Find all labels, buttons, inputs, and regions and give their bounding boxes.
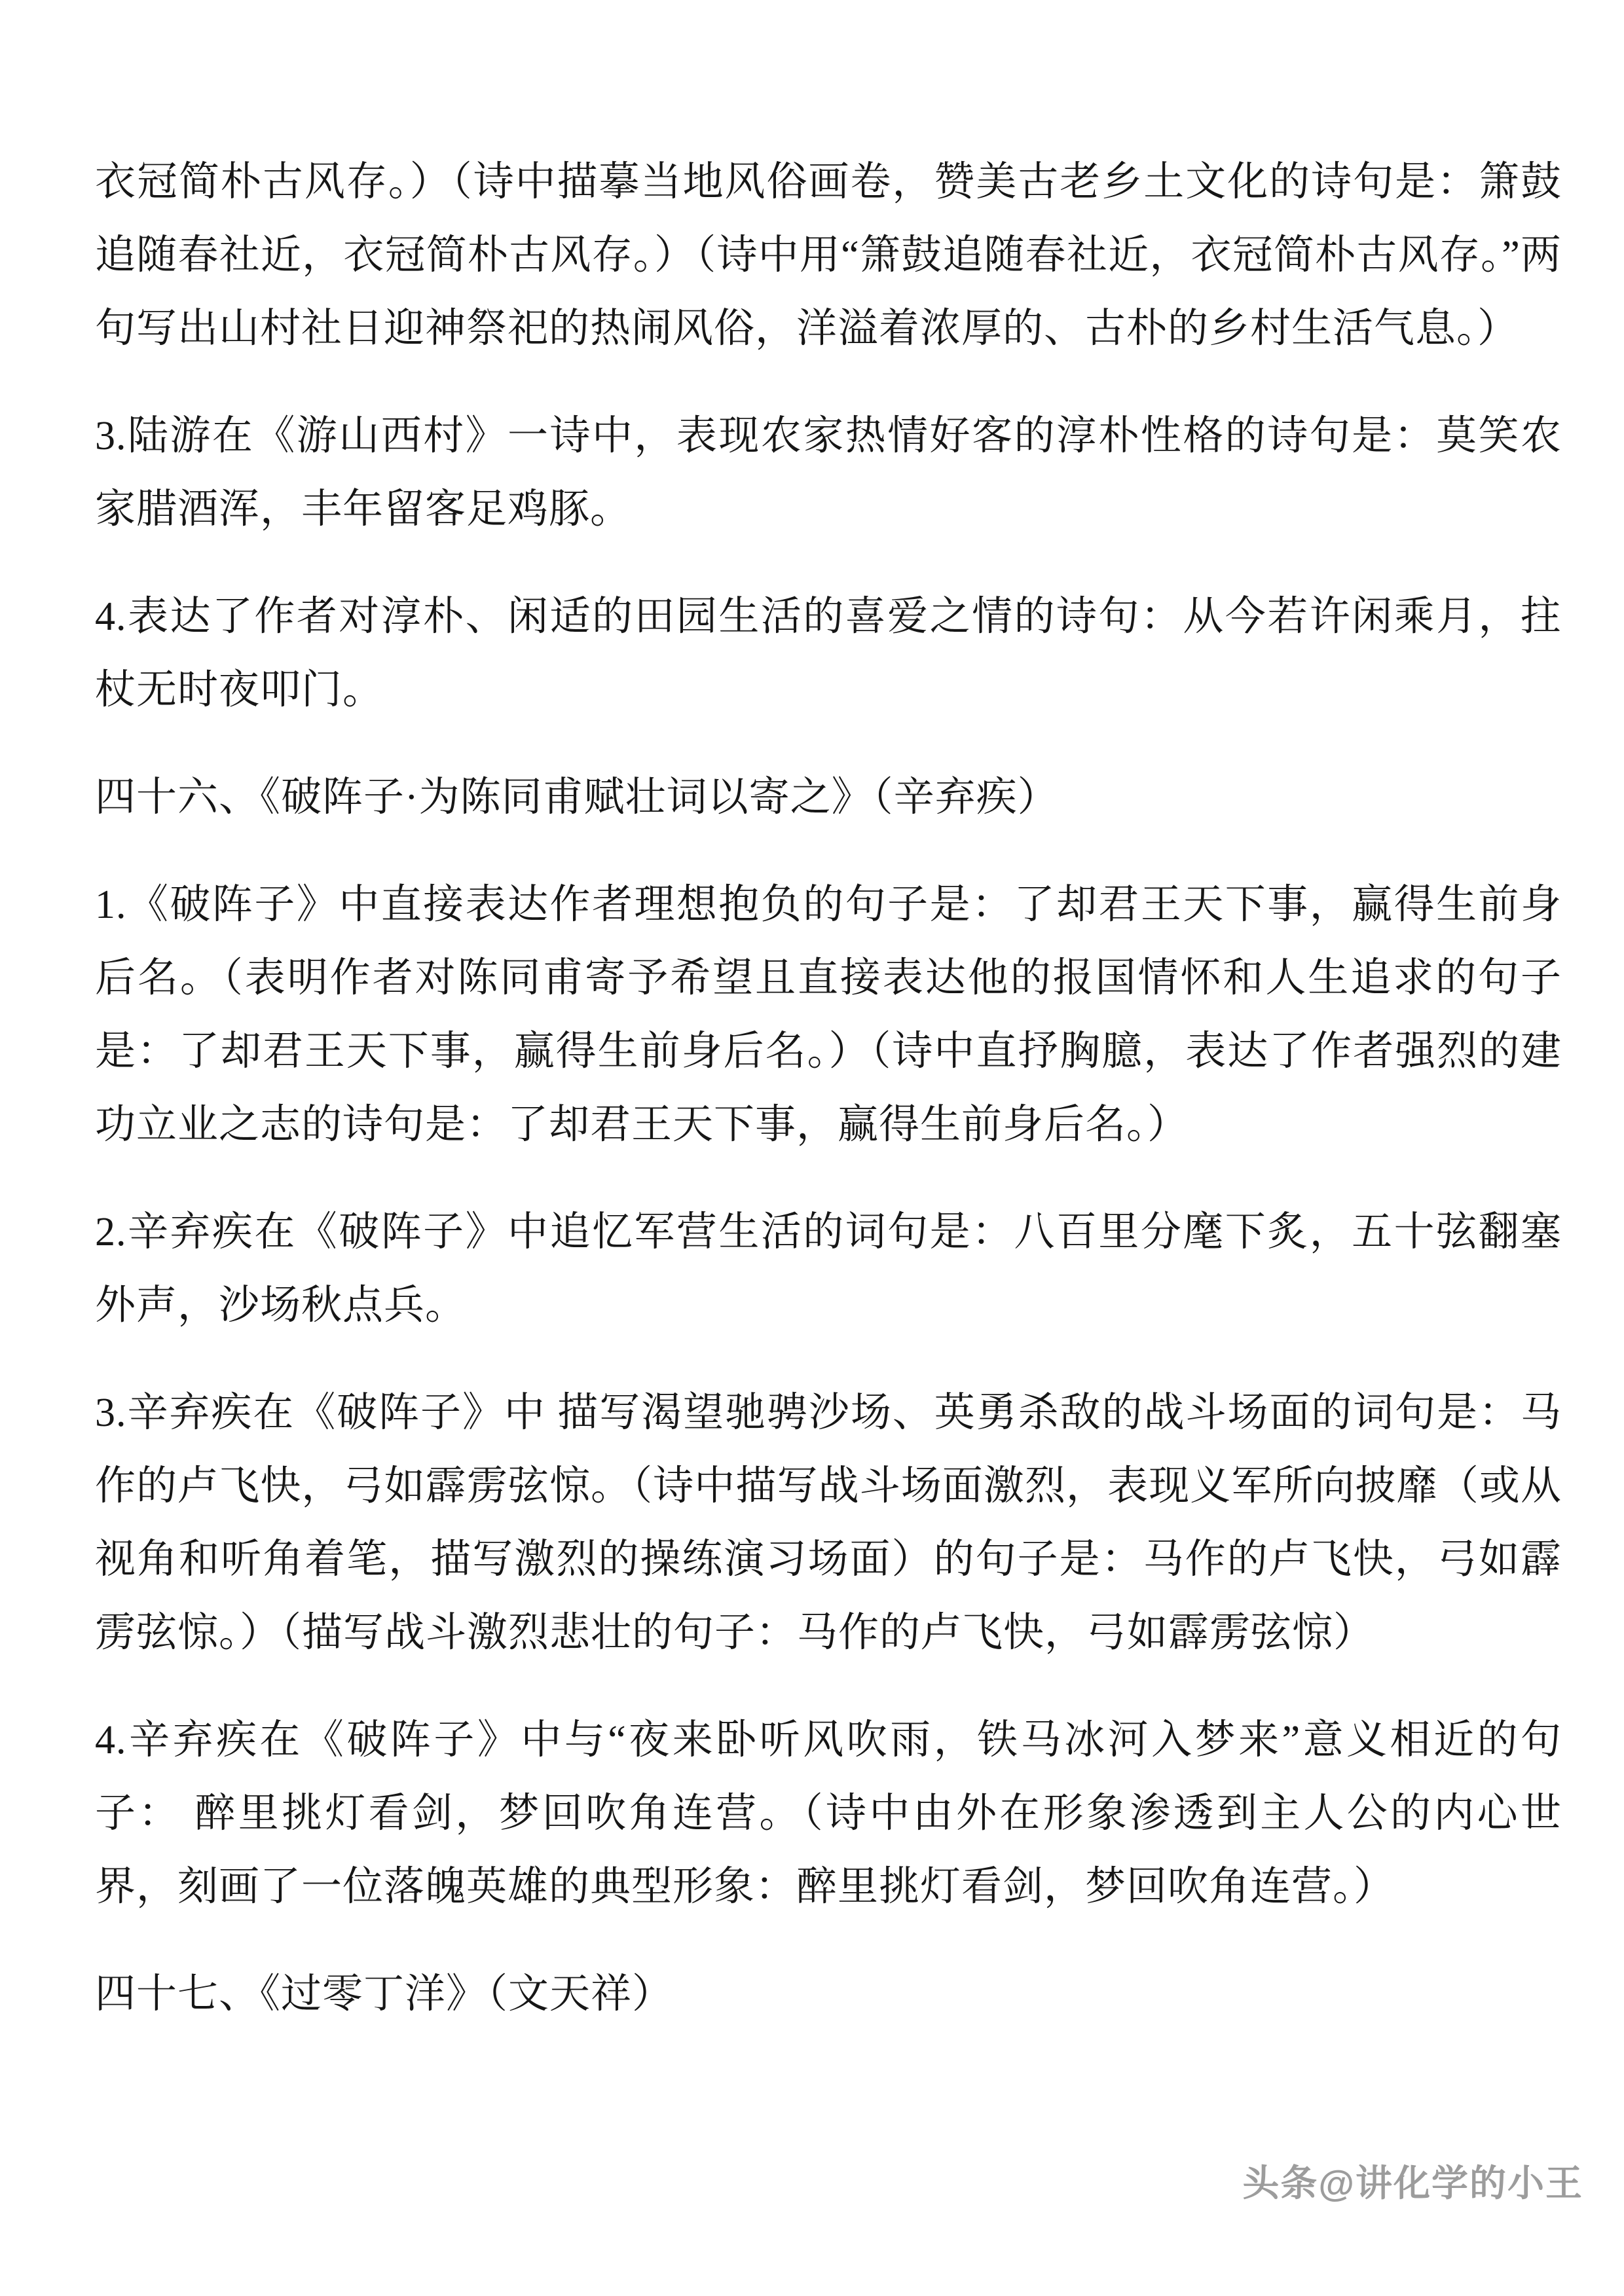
paragraph-youshanxicun-item-4: 4.表达了作者对淳朴、闲适的田园生活的喜爱之情的诗句：从今若许闲乘月，拄杖无时夜… — [95, 580, 1562, 727]
section-heading-47-guolingdingyang: 四十七、《过零丁洋》（文天祥） — [95, 1958, 1562, 2031]
document-page: 衣冠简朴古风存。）（诗中描摹当地风俗画卷，赞美古老乡土文化的诗句是：箫鼓追随春社… — [0, 0, 1624, 2031]
paragraph-pozhenzi-item-2: 2.辛弃疾在《破阵子》中追忆军营生活的词句是：八百里分麾下炙，五十弦翻塞外声，沙… — [95, 1195, 1562, 1342]
paragraph-youshanxicun-continuation: 衣冠简朴古风存。）（诗中描摹当地风俗画卷，赞美古老乡土文化的诗句是：箫鼓追随春社… — [95, 145, 1562, 365]
paragraph-pozhenzi-item-4: 4.辛弃疾在《破阵子》中与“夜来卧听风吹雨，铁马冰河入梦来”意义相近的句子： 醉… — [95, 1704, 1562, 1923]
paragraph-pozhenzi-item-1: 1.《破阵子》中直接表达作者理想抱负的句子是：了却君王天下事，赢得生前身后名。（… — [95, 868, 1562, 1161]
watermark-toutiao: 头条@讲化学的小王 — [1242, 2155, 1583, 2207]
section-heading-46-pozhenzi: 四十六、《破阵子·为陈同甫赋壮词以寄之》（辛弃疾） — [95, 761, 1562, 834]
paragraph-youshanxicun-item-3: 3.陆游在《游山西村》一诗中，表现农家热情好客的淳朴性格的诗句是：莫笑农家腊酒浑… — [95, 399, 1562, 546]
paragraph-pozhenzi-item-3: 3.辛弃疾在《破阵子》中 描写渴望驰骋沙场、英勇杀敌的战斗场面的词句是：马作的卢… — [95, 1376, 1562, 1669]
